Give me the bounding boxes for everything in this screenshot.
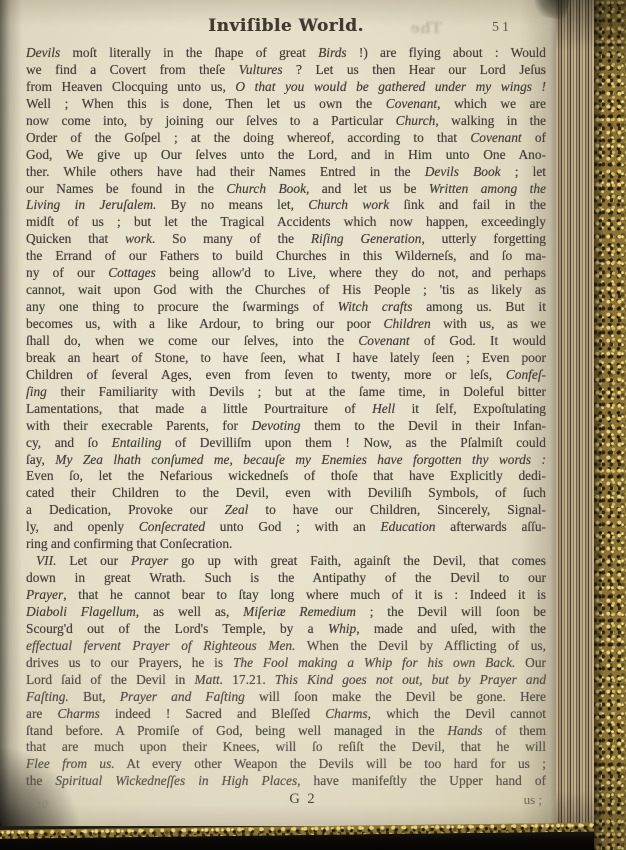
page-content: The Inviſible World. 51 Devils moſt lite…	[0, 0, 562, 850]
text-line: down in great Wrath. Such is the Antipat…	[26, 570, 546, 587]
text-line: midſt of us ; but let the Tragical Accid…	[26, 214, 546, 231]
text-line: ſhall do, when we come our ſelves, into …	[26, 333, 546, 350]
text-line: VII. Let our Prayer go up with great Fai…	[26, 553, 546, 570]
text-line: Prayer, that he cannot bear to ſtay long…	[26, 587, 546, 604]
text-line: we find a Covert from theſe Vultures ? L…	[26, 62, 546, 79]
text-line: cy, and ſo Entailing of Devilliſm upon t…	[26, 435, 546, 452]
text-line: Quicken that work. So many of the Riſing…	[26, 231, 546, 248]
text-line: break an heart of Stone, to have ſeen, w…	[26, 350, 546, 367]
text-line: Even ſo, let the Nefarious wickedneſs of…	[26, 468, 546, 485]
page-edge-striations	[556, 0, 596, 850]
signature-mark: G 2	[26, 791, 546, 808]
book-photo: The Inviſible World. 51 Devils moſt lite…	[0, 0, 626, 850]
text-line: Children of ſeveral Ages, even from ſeve…	[26, 367, 546, 384]
text-line: Lord ſaid of the Devil in Matt. 17.21. T…	[26, 672, 546, 689]
page-number: 51	[492, 20, 528, 36]
text-line: ſtand before. A Promiſe of God, being we…	[26, 723, 546, 740]
text-line: Faſting. But, Prayer and Faſting will ſo…	[26, 689, 546, 706]
text-line: that are much upon their Knees, will ſo …	[26, 739, 546, 756]
text-line: Lamentations, that made a little Pourtra…	[26, 401, 546, 418]
text-line: our Names be found in the Church Book, a…	[26, 181, 546, 198]
gilt-fore-edge	[594, 0, 626, 850]
page-footer: G 2 us ;	[26, 791, 546, 811]
text-line: the Errand of our Fathers to build Churc…	[26, 248, 546, 265]
text-line: Order of the Goſpel ; at the doing where…	[26, 130, 546, 147]
running-title: Inviſible World.	[26, 16, 546, 36]
text-line: cated their Children to the Devil, even …	[26, 485, 546, 502]
text-line: with their execrable Parents, for Devoti…	[26, 418, 546, 435]
text-line: Well ; When this is done, Then let us ow…	[26, 96, 546, 113]
text-line: ring and confirming that Conſecration.	[26, 536, 546, 553]
text-line: from Heaven Clocquing unto us, O that yo…	[26, 79, 546, 96]
text-line: drives us to our Prayers, he is The Fool…	[26, 655, 546, 672]
text-line: cannot, wait upon God with the Churches …	[26, 282, 546, 299]
text-line: Flee from us. At every other Weapon the …	[26, 756, 546, 773]
text-line: Diaboli Flagellum, as well as, Miſeriæ R…	[26, 604, 546, 621]
body-text: Devils moſt literally in the ſhape of gr…	[26, 45, 546, 790]
text-line: a Dedication, Provoke our Zeal to have o…	[26, 502, 546, 519]
text-line: ſay, My Zea lhath conſumed me, becauſe m…	[26, 452, 546, 469]
text-line: God, We give up Our ſelves unto the Lord…	[26, 147, 546, 164]
text-line: the Spiritual Wickedneſſes in High Place…	[26, 773, 546, 790]
text-line: Scourg'd out of the Lord's Temple, by a …	[26, 621, 546, 638]
text-line: any one thing to procure the ſwarmings o…	[26, 299, 546, 316]
text-line: effectual fervent Prayer of Righteous Me…	[26, 638, 546, 655]
catchword: us ;	[524, 792, 542, 808]
text-line: ther. While others have had their Names …	[26, 164, 546, 181]
text-line: ſing their Familiarity with Devils ; but…	[26, 384, 546, 401]
text-line: ny of our Cottages being allow'd to Live…	[26, 265, 546, 282]
text-line: becomes us, with a like Ardour, to bring…	[26, 316, 546, 333]
text-line: are Charms indeed ! Sacred and Bleſſed C…	[26, 706, 546, 723]
text-line: now come into, by joining our ſelves to …	[26, 113, 546, 130]
text-line: Living in Jeruſalem. By no means let, Ch…	[26, 197, 546, 214]
text-line: ly, and openly Conſecrated unto God ; wi…	[26, 519, 546, 536]
margin-smudge: 10	[35, 797, 48, 813]
text-line: Devils moſt literally in the ſhape of gr…	[26, 45, 546, 62]
